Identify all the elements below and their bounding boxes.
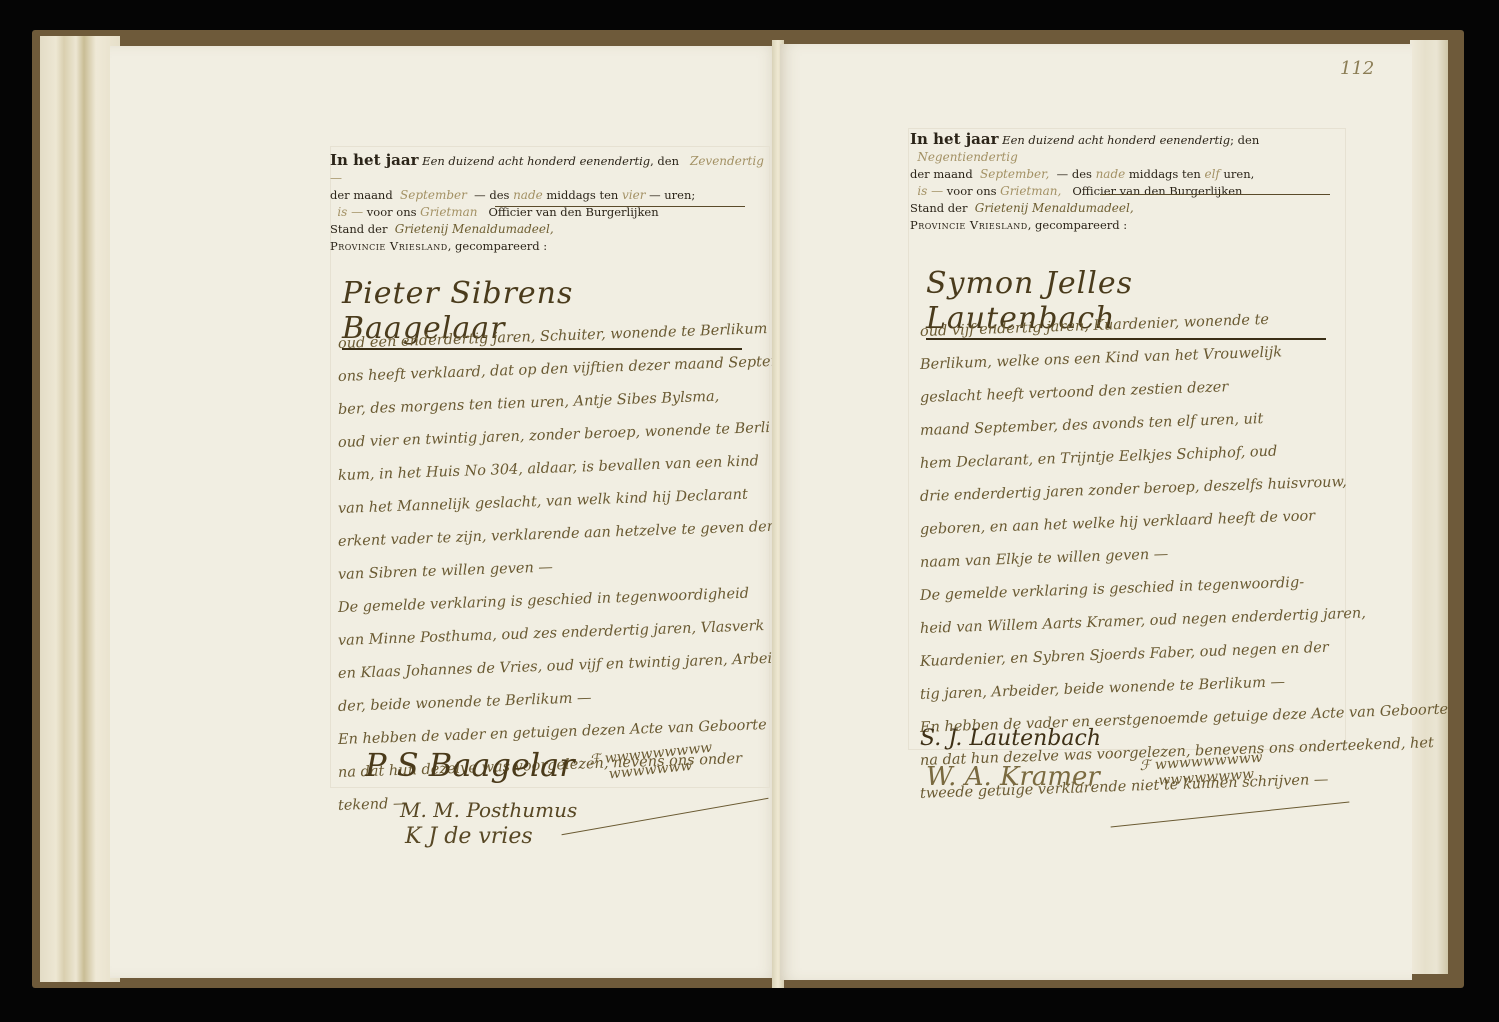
left-page: In het jaar Een duizend acht honderd een… <box>110 46 778 978</box>
left-header-officier: Officier van den Burgerlijken <box>489 205 659 219</box>
left-header-maand: der maand <box>330 188 393 202</box>
right-header: In het jaar Een duizend acht honderd een… <box>910 131 1350 234</box>
left-header-hour: vier <box>622 188 645 202</box>
left-header-voor-ons: voor ons <box>367 205 417 219</box>
left-header-time: nade <box>513 188 543 202</box>
left-header-year: Een duizend acht honderd eenendertig <box>422 154 650 168</box>
right-header-officier: Officier van den Burgerlijken <box>1072 184 1242 198</box>
left-header-gecompareerd: , gecompareerd : <box>448 239 547 253</box>
left-signature-witness2: K J de vries <box>405 824 533 849</box>
right-header-provincie: Provincie Vriesland <box>910 218 1028 232</box>
right-header-day: Negentiendertig <box>917 150 1017 164</box>
left-header-den: , den <box>650 154 679 168</box>
left-header-is: is — <box>337 205 363 219</box>
right-header-middags: middags ten <box>1129 167 1201 181</box>
left-header-des: — des <box>474 188 509 202</box>
left-header-provincie: Provincie Vriesland <box>330 239 448 253</box>
right-header-month: September, <box>980 167 1049 181</box>
left-header-municipality: Grietenij Menaldumadeel, <box>395 222 554 236</box>
left-header-middags: middags ten <box>546 188 618 202</box>
left-page-stack <box>40 36 120 982</box>
right-header-municipality: Grietenij Menaldumadeel, <box>975 201 1134 215</box>
right-header-year: Een duizend acht honderd eenendertig <box>1002 133 1230 147</box>
right-header-den: ; den <box>1230 133 1259 147</box>
left-header-official: Grietman <box>420 205 477 219</box>
right-header-time: nade <box>1096 167 1126 181</box>
right-header-hour: elf <box>1204 167 1219 181</box>
left-signature-declarant: P S Baagelar <box>365 746 575 784</box>
right-page: 112 In het jaar Een duizend acht honderd… <box>780 44 1412 980</box>
right-header-des: — des <box>1057 167 1092 181</box>
left-header-stand: Stand der <box>330 222 387 236</box>
right-header-voor-ons: voor ons <box>947 184 997 198</box>
right-header-rule <box>1100 194 1330 195</box>
left-signature-witness1: M. M. Posthumus <box>400 798 577 822</box>
right-header-maand: der maand <box>910 167 973 181</box>
right-header-line1-prefix: In het jaar <box>910 130 999 148</box>
left-header-line1-prefix: In het jaar <box>330 151 419 169</box>
right-header-is: is — <box>917 184 943 198</box>
right-header-official: Grietman, <box>1000 184 1061 198</box>
left-header-uren: — uren; <box>649 188 695 202</box>
right-signature-witness1: W. A. Kramer <box>926 762 1100 792</box>
left-header-rule <box>495 206 745 207</box>
right-header-stand: Stand der <box>910 201 967 215</box>
left-header: In het jaar Een duizend acht honderd een… <box>330 152 770 255</box>
right-signature-declarant: S. J. Lautenbach <box>920 726 1101 751</box>
right-header-uren: uren, <box>1224 167 1255 181</box>
page-number: 112 <box>1340 58 1374 79</box>
right-page-stack <box>1410 40 1448 974</box>
right-header-gecompareerd: , gecompareerd : <box>1028 218 1127 232</box>
left-header-month: September <box>400 188 467 202</box>
